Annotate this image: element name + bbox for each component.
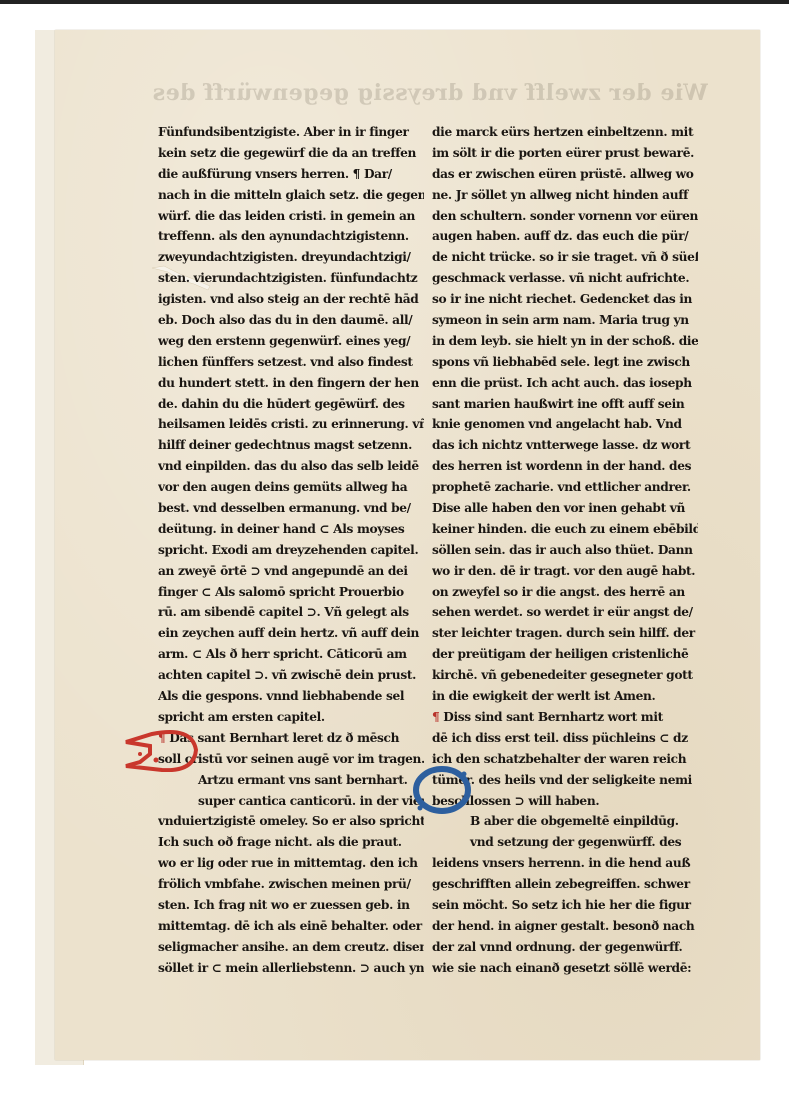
text-line: mittemtag. dē ich als einē behalter. ode…: [158, 916, 424, 937]
text-line: in dem leyb. sie hielt yn in der schoß. …: [432, 331, 698, 352]
text-line: Ich such oð frage nicht. als die praut.: [158, 832, 424, 853]
scan-top-border: [0, 0, 789, 4]
text-line: sten. Ich frag nit wo er zuessen geb. in: [158, 895, 424, 916]
text-line: so ir ine nicht riechet. Gedencket das i…: [432, 289, 698, 310]
text-line: Artzu ermant vns sant bernhart.: [158, 770, 424, 791]
text-line: wo er lig oder rue in mittemtag. den ich: [158, 853, 424, 874]
text-line: on zweyfel so ir die angst. des herrē an: [432, 582, 698, 603]
text-line: spricht. Exodi am dreyzehenden capitel.: [158, 540, 424, 561]
text-line: Dise alle haben den vor inen gehabt vñ: [432, 498, 698, 519]
text-line: du hundert stett. in den fingern der hen: [158, 373, 424, 394]
text-line: die außfürung vnsers herren. ¶ Dar/: [158, 164, 424, 185]
text-line: augen haben. auff dz. das euch die pür/: [432, 226, 698, 247]
text-line: das ich nichtz vntterwege lasse. dz wort: [432, 435, 698, 456]
show-through-header: Wie der zwelff vnd dreyssig gegenwürff d…: [148, 80, 708, 110]
text-line: des herren ist wordenn in der hand. des: [432, 456, 698, 477]
text-line: de nicht trücke. so ir sie traget. vñ ð …: [432, 247, 698, 268]
text-line: würf. die das leiden cristi. in gemein a…: [158, 206, 424, 227]
text-line: geschrifften allein zebegreiffen. schwer: [432, 874, 698, 895]
text-line: finger ⊂ Als salomō spricht Prouerbio: [158, 582, 424, 603]
text-line: achten capitel ⊃. vñ zwischē dein prust.: [158, 665, 424, 686]
text-line: nach in die mitteln glaich setz. die geg…: [158, 185, 424, 206]
text-line: zweyundachtzigisten. dreyundachtzigi/: [158, 247, 424, 268]
text-line: vor den augen deins gemüts allweg ha: [158, 477, 424, 498]
text-line: wie sie nach einanð gesetzt söllē werdē:: [432, 958, 698, 979]
text-line: keiner hinden. die euch zu einem ebēbild: [432, 519, 698, 540]
text-line: knie genomen vnd angelacht hab. Vnd: [432, 414, 698, 435]
text-line: ne. Jr söllet yn allweg nicht hinden auf…: [432, 185, 698, 206]
text-line: hilff deiner gedechtnus magst setzenn.: [158, 435, 424, 456]
text-line: söllet ir ⊂ mein allerliebstenn. ⊃ auch …: [158, 958, 424, 979]
text-line: vnd setzung der gegenwürff. des: [432, 832, 698, 853]
text-line: symeon in sein arm nam. Maria trug yn: [432, 310, 698, 331]
left-text-column: Fünfundsibentzigiste. Aber in ir fingerk…: [158, 122, 424, 979]
text-line: enn die prüst. Ich acht auch. das ioseph: [432, 373, 698, 394]
text-line: sten. vierundachtzigisten. fünfundachtz: [158, 268, 424, 289]
text-line: prophetē zacharie. vnd ettlicher andrer.: [432, 477, 698, 498]
text-line: an zweyē ōrtē ⊃ vnd angepundē an dei: [158, 561, 424, 582]
text-line: die marck eürs hertzen einbeltzenn. mit: [432, 122, 698, 143]
text-line: der hend. in aigner gestalt. besonð nach: [432, 916, 698, 937]
text-line: spons vñ liebhabēd sele. legt ine zwisch: [432, 352, 698, 373]
red-initial-d-icon: [122, 728, 200, 772]
text-line: geschmack verlasse. vñ nicht aufrichte.: [432, 268, 698, 289]
text-line: kein setz die gegewürf die da an treffen: [158, 143, 424, 164]
text-line: eb. Doch also das du in den daumē. all/: [158, 310, 424, 331]
right-text-column: die marck eürs hertzen einbeltzenn. miti…: [432, 122, 698, 979]
text-line: lichen fünffers setzest. vnd also findes…: [158, 352, 424, 373]
text-line: vnd einpilden. das du also das selb leid…: [158, 456, 424, 477]
text-line: ¶ Diss sind sant Bernhartz wort mit: [432, 707, 698, 728]
text-line: sehen werdet. so werdet ir eür angst de/: [432, 602, 698, 623]
text-line: treffenn. als den aynundachtzigistenn.: [158, 226, 424, 247]
text-line: seligmacher ansihe. an dem creutz. disen: [158, 937, 424, 958]
text-line: sein möcht. So setz ich hie her die figu…: [432, 895, 698, 916]
text-line: arm. ⊂ Als ð herr spricht. Cāticorū am: [158, 644, 424, 665]
text-line: frölich vmbfahe. zwischen meinen prü/: [158, 874, 424, 895]
text-line: igisten. vnd also steig an der rechtē hā…: [158, 289, 424, 310]
text-line: dē ich diss erst teil. diss püchleins ⊂ …: [432, 728, 698, 749]
text-line: kirchē. vñ gebenedeiter gesegneter gott: [432, 665, 698, 686]
text-line: de. dahin du die hūdert gegēwürf. des: [158, 394, 424, 415]
text-line: Fünfundsibentzigiste. Aber in ir finger: [158, 122, 424, 143]
text-line: ster leichter tragen. durch sein hilff. …: [432, 623, 698, 644]
text-line: deütung. in deiner hand ⊂ Als moyses: [158, 519, 424, 540]
text-line: Als die gespons. vnnd liebhabende sel: [158, 686, 424, 707]
text-line: leidens vnsers herrenn. in die hend auß: [432, 853, 698, 874]
text-line: in die ewigkeit der werlt ist Amen.: [432, 686, 698, 707]
text-line: der preütigam der heiligen cristenlichē: [432, 644, 698, 665]
text-line: der zal vnnd ordnung. der gegenwürff.: [432, 937, 698, 958]
text-line: den schultern. sonder vornenn vor eüren: [432, 206, 698, 227]
text-line: ein zeychen auff dein hertz. vñ auff dei…: [158, 623, 424, 644]
text-line: rū. am sibendē capitel ⊃. Vñ gelegt als: [158, 602, 424, 623]
blue-initial-o-icon: [412, 766, 478, 814]
text-line: weg den erstenn gegenwürf. eines yeg/: [158, 331, 424, 352]
text-line: wo ir den. dē ir tragt. vor den augē hab…: [432, 561, 698, 582]
text-line: sant marien haußwirt ine offt auff sein: [432, 394, 698, 415]
text-line: das er zwischen eüren prüstē. allweg wo: [432, 164, 698, 185]
text-line: im sölt ir die porten eürer prust bewarē…: [432, 143, 698, 164]
text-line: söllen sein. das ir auch also thüet. Dan…: [432, 540, 698, 561]
text-line: vnduiertzigistē omeley. So er also spric…: [158, 811, 424, 832]
red-paragraph-mark-icon: ¶: [432, 710, 439, 724]
text-line: B aber die obgemeltē einpildūg.: [432, 811, 698, 832]
text-line: best. vnd desselben ermanung. vnd be/: [158, 498, 424, 519]
text-line: super cantica canticorū. in der vier: [158, 791, 424, 812]
text-line: heilsamen leidēs cristi. zu erinnerung. …: [158, 414, 424, 435]
text-line: spricht am ersten capitel.: [158, 707, 424, 728]
